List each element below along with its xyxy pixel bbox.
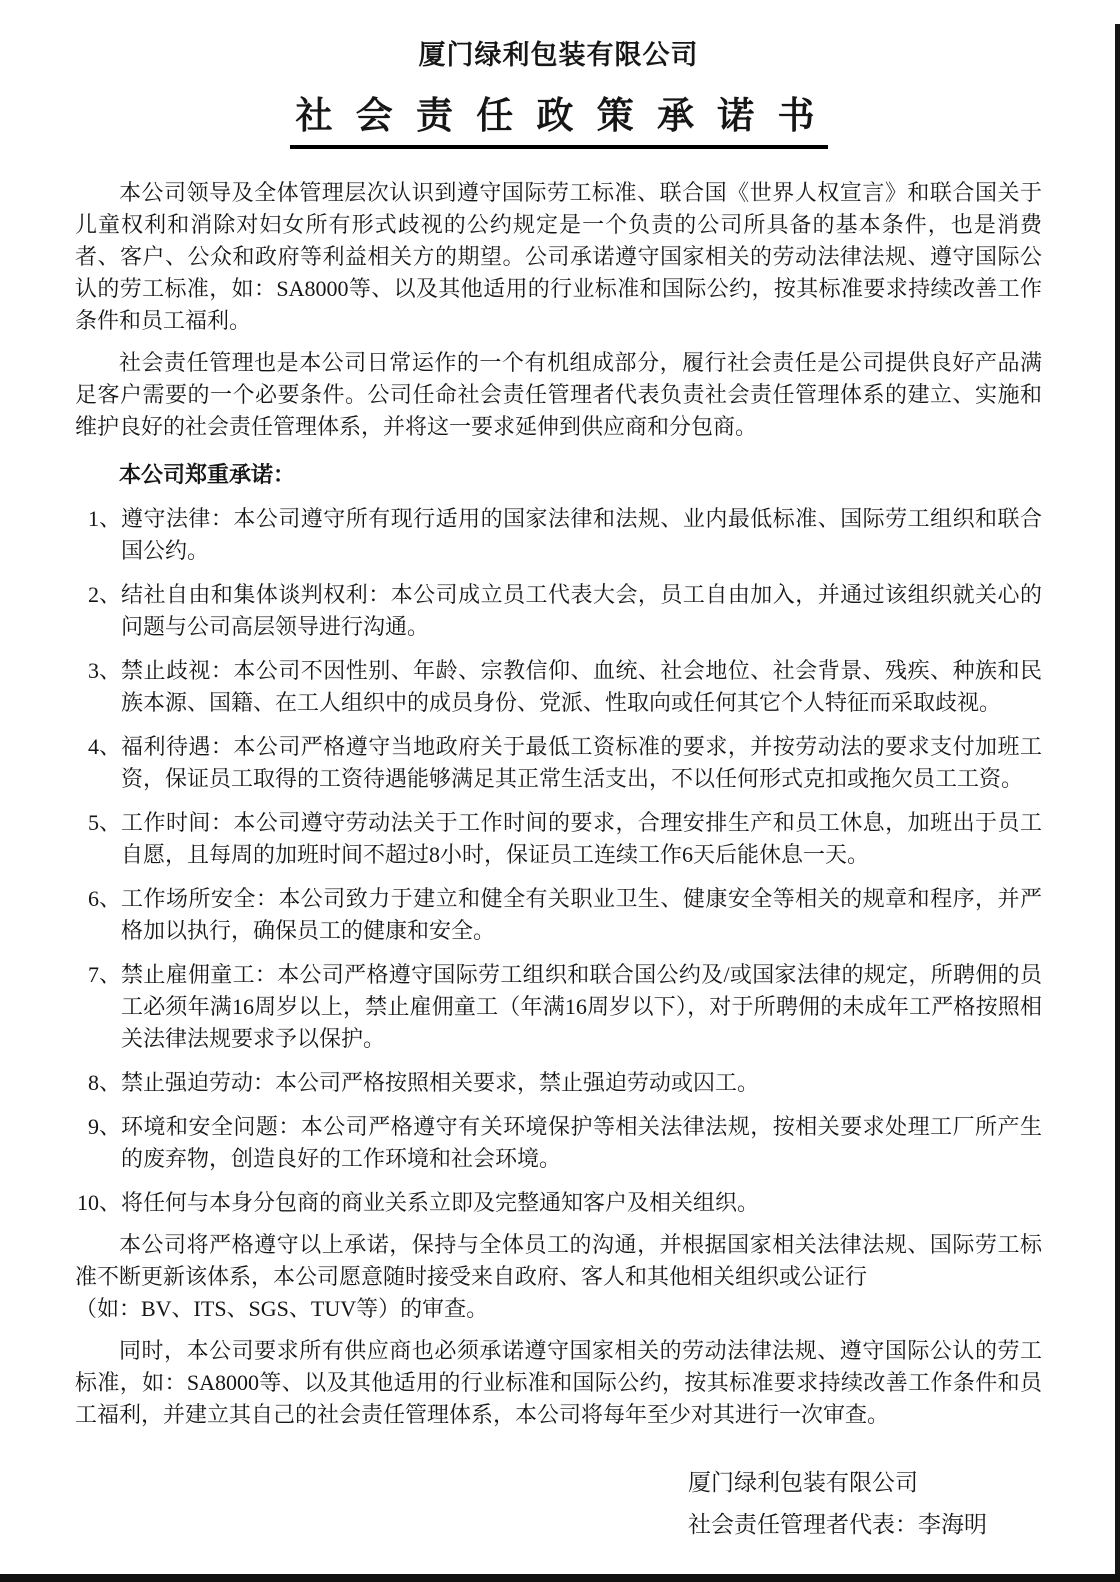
document-title-wrap: 社 会 责 任 政 策 承 诺 书	[75, 96, 1042, 149]
list-item-text: 禁止歧视：本公司不因性别、年龄、宗教信仰、血统、社会地位、社会背景、残疾、种族和…	[121, 655, 1042, 719]
list-item-number: 3、	[75, 655, 121, 719]
list-item-text: 禁止雇佣童工：本公司严格遵守国际劳工组织和联合国公约及/或国家法律的规定，所聘佣…	[121, 959, 1042, 1055]
commitment-item-5: 5、 工作时间：本公司遵守劳动法关于工作时间的要求，合理安排生产和员工休息，加班…	[75, 807, 1042, 871]
closing-paragraph-2: 同时，本公司要求所有供应商也必须承诺遵守国家相关的劳动法律法规、遵守国际公认的劳…	[75, 1335, 1042, 1431]
document-page: 厦门绿利包装有限公司 社 会 责 任 政 策 承 诺 书 本公司领导及全体管理层…	[0, 0, 1120, 1582]
list-item-text: 环境和安全问题：本公司严格遵守有关环境保护等相关法律法规，按相关要求处理工厂所产…	[121, 1111, 1042, 1175]
commitment-item-8: 8、 禁止强迫劳动：本公司严格按照相关要求，禁止强迫劳动或囚工。	[75, 1067, 1042, 1099]
closing-paragraph-1: 本公司将严格遵守以上承诺，保持与全体员工的沟通，并根据国家相关法律法规、国际劳工…	[75, 1229, 1042, 1325]
company-name-header: 厦门绿利包装有限公司	[75, 0, 1042, 72]
intro-paragraph-1: 本公司领导及全体管理层次认识到遵守国际劳工标准、联合国《世界人权宣言》和联合国关…	[75, 177, 1042, 337]
list-item-number: 7、	[75, 959, 121, 1055]
list-item-number: 5、	[75, 807, 121, 871]
signature-block: 厦门绿利包装有限公司 社会责任管理者代表：李海明	[688, 1467, 987, 1541]
intro-paragraph-2: 社会责任管理也是本公司日常运作的一个有机组成部分，履行社会责任是公司提供良好产品…	[75, 347, 1042, 443]
list-item-number: 2、	[75, 579, 121, 643]
commitment-item-7: 7、 禁止雇佣童工：本公司严格遵守国际劳工组织和联合国公约及/或国家法律的规定，…	[75, 959, 1042, 1055]
commitment-item-1: 1、 遵守法律：本公司遵守所有现行适用的国家法律和法规、业内最低标准、国际劳工组…	[75, 503, 1042, 567]
commitment-heading: 本公司郑重承诺：	[75, 459, 1042, 491]
commitment-item-2: 2、 结社自由和集体谈判权利：本公司成立员工代表大会，员工自由加入，并通过该组织…	[75, 579, 1042, 643]
document-content: 厦门绿利包装有限公司 社 会 责 任 政 策 承 诺 书 本公司领导及全体管理层…	[75, 0, 1042, 1541]
commitment-item-3: 3、 禁止歧视：本公司不因性别、年龄、宗教信仰、血统、社会地位、社会背景、残疾、…	[75, 655, 1042, 719]
list-item-text: 遵守法律：本公司遵守所有现行适用的国家法律和法规、业内最低标准、国际劳工组织和联…	[121, 503, 1042, 567]
signature-company: 厦门绿利包装有限公司	[688, 1467, 987, 1499]
list-item-text: 工作时间：本公司遵守劳动法关于工作时间的要求，合理安排生产和员工休息，加班出于员…	[121, 807, 1042, 871]
signature-representative: 社会责任管理者代表：李海明	[688, 1509, 987, 1541]
commitment-list: 1、 遵守法律：本公司遵守所有现行适用的国家法律和法规、业内最低标准、国际劳工组…	[75, 503, 1042, 1219]
list-item-text: 结社自由和集体谈判权利：本公司成立员工代表大会，员工自由加入，并通过该组织就关心…	[121, 579, 1042, 643]
list-item-text: 工作场所安全：本公司致力于建立和健全有关职业卫生、健康安全等相关的规章和程序，并…	[121, 883, 1042, 947]
commitment-item-10: 10、 将任何与本身分包商的商业关系立即及完整通知客户及相关组织。	[75, 1187, 1042, 1219]
list-item-number: 8、	[75, 1067, 121, 1099]
scan-border-bottom	[0, 1574, 1120, 1582]
list-item-text: 将任何与本身分包商的商业关系立即及完整通知客户及相关组织。	[121, 1187, 1042, 1219]
commitment-item-4: 4、 福利待遇：本公司严格遵守当地政府关于最低工资标准的要求，并按劳动法的要求支…	[75, 731, 1042, 795]
document-title: 社 会 责 任 政 策 承 诺 书	[290, 96, 828, 149]
commitment-item-6: 6、 工作场所安全：本公司致力于建立和健全有关职业卫生、健康安全等相关的规章和程…	[75, 883, 1042, 947]
list-item-text: 福利待遇：本公司严格遵守当地政府关于最低工资标准的要求，并按劳动法的要求支付加班…	[121, 731, 1042, 795]
list-item-text: 禁止强迫劳动：本公司严格按照相关要求，禁止强迫劳动或囚工。	[121, 1067, 1042, 1099]
list-item-number: 6、	[75, 883, 121, 947]
list-item-number: 9、	[75, 1111, 121, 1175]
commitment-item-9: 9、 环境和安全问题：本公司严格遵守有关环境保护等相关法律法规，按相关要求处理工…	[75, 1111, 1042, 1175]
list-item-number: 10、	[75, 1187, 121, 1219]
list-item-number: 1、	[75, 503, 121, 567]
scan-border-right	[1115, 24, 1120, 1582]
list-item-number: 4、	[75, 731, 121, 795]
